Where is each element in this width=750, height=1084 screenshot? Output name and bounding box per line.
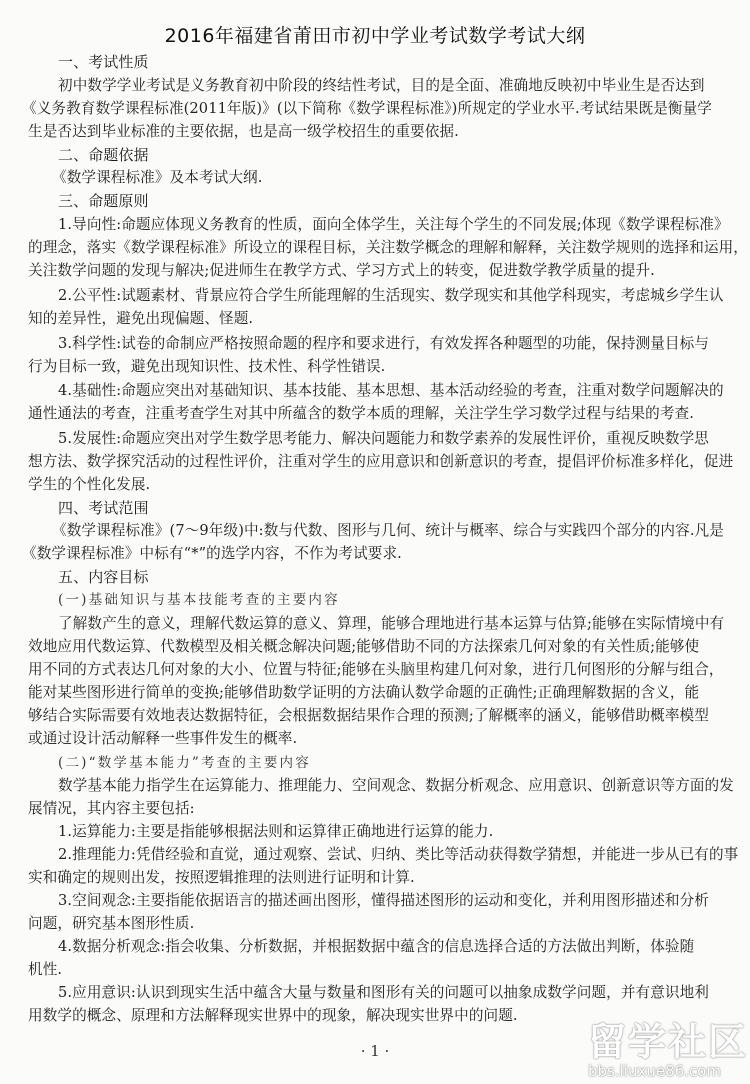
- paragraph-line: 行为目标一致，避免出现知识性、技术性、科学性错误.: [28, 357, 750, 377]
- section-heading: 一、考试性质: [58, 52, 750, 72]
- paragraph-line: 《数学课程标准》中标有“*”的选学内容，不作为考试要求.: [22, 544, 750, 564]
- section-heading: 二、命题依据: [58, 145, 750, 165]
- paragraph-line: 3.空间观念:主要指能依据语言的描述画出图形，懂得描述图形的运动和变化，并利用图…: [58, 891, 750, 911]
- paragraph-line: 1.运算能力:主要是指能够根据法则和运算律正确地进行运算的能力.: [58, 822, 750, 842]
- section-heading: 三、命题原则: [58, 191, 750, 211]
- paragraph-line: 生是否达到毕业标准的主要依据，也是高一级学校招生的重要依据.: [28, 122, 750, 142]
- document-title: 2016年福建省莆田市初中学业考试数学考试大纲: [0, 24, 750, 48]
- paragraph-line: 能对某些图形进行简单的变换;能够借助数学证明的方法确认数学命题的正确性;正确理解…: [28, 683, 750, 703]
- paragraph-line: 通性通法的考查，注重考查学生对其中所蕴含的数学本质的理解，关注学生学习数学过程与…: [28, 404, 750, 424]
- subsection-heading: (一)基础知识与基本技能考查的主要内容: [58, 590, 750, 610]
- paragraph-line: 效地应用代数运算、代数模型及相关概念解决问题;能够借助不同的方法探索几何对象的有…: [28, 637, 750, 657]
- paragraph-line: 初中数学学业考试是义务教育初中阶段的终结性考试，目的是全面、准确地反映初中毕业生…: [58, 76, 750, 96]
- section-heading: 五、内容目标: [58, 567, 750, 587]
- paragraph-line: 4.基础性:命题应突出对基础知识、基本技能、基本思想、基本活动经验的考查，注重对…: [58, 381, 750, 401]
- paragraph-line: 展情况，其内容主要包括:: [28, 799, 750, 819]
- paragraph-line: 的理念，落实《数学课程标准》所设立的课程目标，关注数学概念的理解和解释，关注数学…: [28, 238, 750, 258]
- paragraph-line: 4.数据分析观念:指会收集、分析数据，并根据数据中蕴含的信息选择合适的方法做出判…: [58, 937, 750, 957]
- paragraph-line: 《数学课程标准》及本考试大纲.: [52, 168, 750, 188]
- paragraph-line: 1.导向性:命题应体现义务教育的性质，面向全体学生，关注每个学生的不同发展;体现…: [58, 215, 750, 235]
- paragraph-line: 知的差异性，避免出现偏题、怪题.: [28, 309, 750, 329]
- paragraph-line: 了解数产生的意义，理解代数运算的意义、算理，能够合理地进行基本运算与估算;能够在…: [58, 614, 750, 634]
- paragraph-line: 想方法、数学探究活动的过程性评价，注重对学生的应用意识和创新意识的考查，提倡评价…: [28, 452, 750, 472]
- paragraph-line: 《数学课程标准》(7～9年级)中:数与代数、图形与几何、统计与概率、综合与实践四…: [52, 521, 750, 541]
- paragraph-line: 或通过设计活动解释一些事件发生的概率.: [28, 729, 750, 749]
- paragraph-line: 2.推理能力:凭借经验和直觉，通过观察、尝试、归纳、类比等活动获得数学猜想，并能…: [58, 845, 750, 865]
- paragraph-line: 5.应用意识:认识到现实生活中蕴含大量与数量和图形有关的问题可以抽象成数学问题，…: [58, 983, 750, 1003]
- paragraph-line: 学生的个性化发展.: [28, 475, 750, 495]
- subsection-heading: (二)“数学基本能力”考查的主要内容: [58, 753, 750, 773]
- paragraph-line: 5.发展性:命题应突出对学生数学思考能力、解决问题能力和数学素养的发展性评价，重…: [58, 429, 750, 449]
- paragraph-line: 《义务教育数学课程标准(2011年版)》(以下简称《数学课程标准》)所规定的学业…: [22, 99, 750, 119]
- paragraph-line: 机性.: [28, 960, 750, 980]
- paragraph-line: 2.公平性:试题素材、背景应符合学生所能理解的生活现实、数学现实和其他学科现实，…: [58, 286, 750, 306]
- paragraph-line: 问题，研究基本图形性质.: [28, 914, 750, 934]
- watermark-url: bbs.liuxue86.com: [588, 1062, 750, 1080]
- watermark: 留学社区 bbs.liuxue86.com: [588, 1022, 750, 1084]
- paragraph-line: 关注数学问题的发现与解决;促进师生在教学方式、学习方式上的转变，促进数学教学质量…: [28, 261, 750, 281]
- paragraph-line: 够结合实际需要有效地表达数据特征，会根据数据结果作合理的预测;了解概率的涵义，能…: [28, 706, 750, 726]
- paragraph-line: 实和确定的规则出发，按照逻辑推理的法则进行证明和计算.: [28, 868, 750, 888]
- paragraph-line: 用不同的方式表达几何对象的大小、位置与特征;能够在头脑里构建几何对象，进行几何图…: [28, 660, 750, 680]
- section-heading: 四、考试范围: [58, 498, 750, 518]
- watermark-logo: 留学社区: [588, 1022, 750, 1062]
- paragraph-line: 3.科学性:试卷的命制应严格按照命题的程序和要求进行，有效发挥各种题型的功能，保…: [58, 334, 750, 354]
- paragraph-line: 数学基本能力指学生在运算能力、推理能力、空间观念、数据分析观念、应用意识、创新意…: [58, 776, 750, 796]
